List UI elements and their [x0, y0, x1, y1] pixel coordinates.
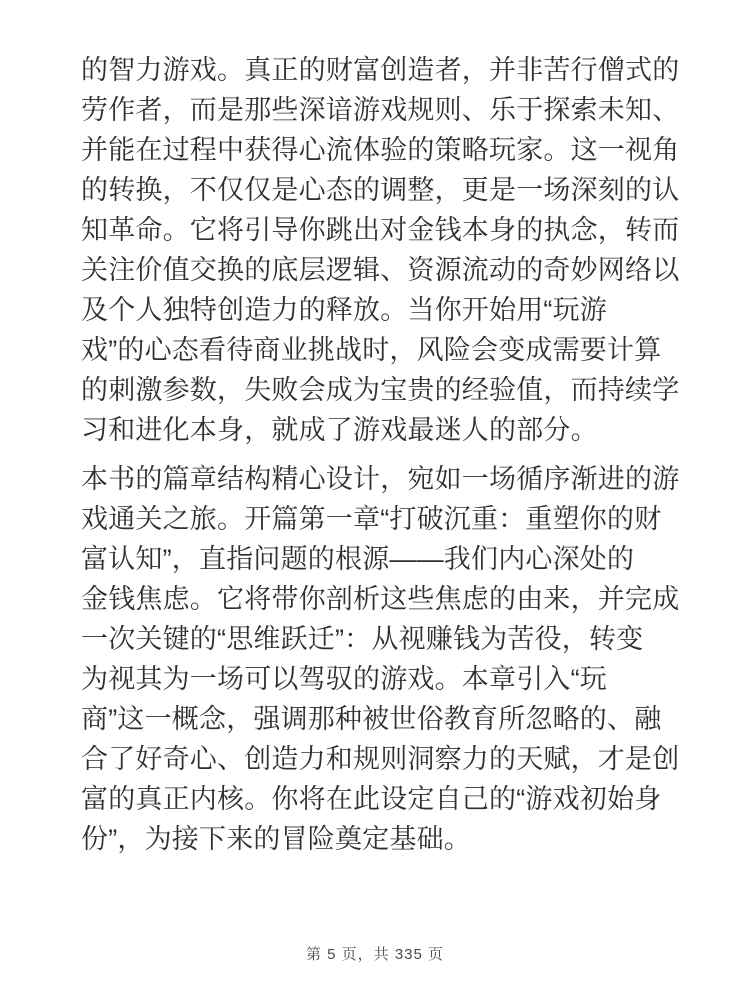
text-line: 富认知”，直指问题的根源——我们内心深处的: [81, 539, 690, 579]
text-line: 商”这一概念，强调那种被世俗教育所忽略的、融: [81, 699, 690, 739]
text-line: 本书的篇章结构精心设计，宛如一场循序渐进的游: [81, 459, 690, 499]
text-content: 的智力游戏。真正的财富创造者，并非苦行僧式的劳作者，而是那些深谙游戏规则、乐于探…: [81, 50, 690, 859]
text-line: 并能在过程中获得心流体验的策略玩家。这一视角: [81, 130, 690, 170]
text-line: 富的真正内核。你将在此设定自己的“游戏初始身: [81, 779, 690, 819]
text-line: 份”，为接下来的冒险奠定基础。: [81, 819, 690, 859]
text-line: 的转换，不仅仅是心态的调整，更是一场深刻的认: [81, 170, 690, 210]
text-line: 关注价值交换的底层逻辑、资源流动的奇妙网络以: [81, 250, 690, 290]
text-line: 知革命。它将引导你跳出对金钱本身的执念，转而: [81, 210, 690, 250]
text-line: 习和进化本身，就成了游戏最迷人的部分。: [81, 410, 690, 450]
text-line: 金钱焦虑。它将带你剖析这些焦虑的由来，并完成: [81, 579, 690, 619]
text-line: 及个人独特创造力的释放。当你开始用“玩游: [81, 290, 690, 330]
text-line: 戏通关之旅。开篇第一章“打破沉重：重塑你的财: [81, 499, 690, 539]
text-line: 为视其为一场可以驾驭的游戏。本章引入“玩: [81, 659, 690, 699]
text-line: 一次关键的“思维跃迁”：从视赚钱为苦役，转变: [81, 619, 690, 659]
page-number-footer: 第 5 页，共 335 页: [0, 946, 750, 964]
text-line: 的刺激参数，失败会成为宝贵的经验值，而持续学: [81, 370, 690, 410]
document-page: 的智力游戏。真正的财富创造者，并非苦行僧式的劳作者，而是那些深谙游戏规则、乐于探…: [0, 0, 750, 1000]
text-line: 戏”的心态看待商业挑战时，风险会变成需要计算: [81, 330, 690, 370]
text-line: 合了好奇心、创造力和规则洞察力的天赋，才是创: [81, 739, 690, 779]
paragraph: 本书的篇章结构精心设计，宛如一场循序渐进的游戏通关之旅。开篇第一章“打破沉重：重…: [81, 459, 690, 859]
text-line: 劳作者，而是那些深谙游戏规则、乐于探索未知、: [81, 90, 690, 130]
paragraph: 的智力游戏。真正的财富创造者，并非苦行僧式的劳作者，而是那些深谙游戏规则、乐于探…: [81, 50, 690, 450]
text-line: 的智力游戏。真正的财富创造者，并非苦行僧式的: [81, 50, 690, 90]
